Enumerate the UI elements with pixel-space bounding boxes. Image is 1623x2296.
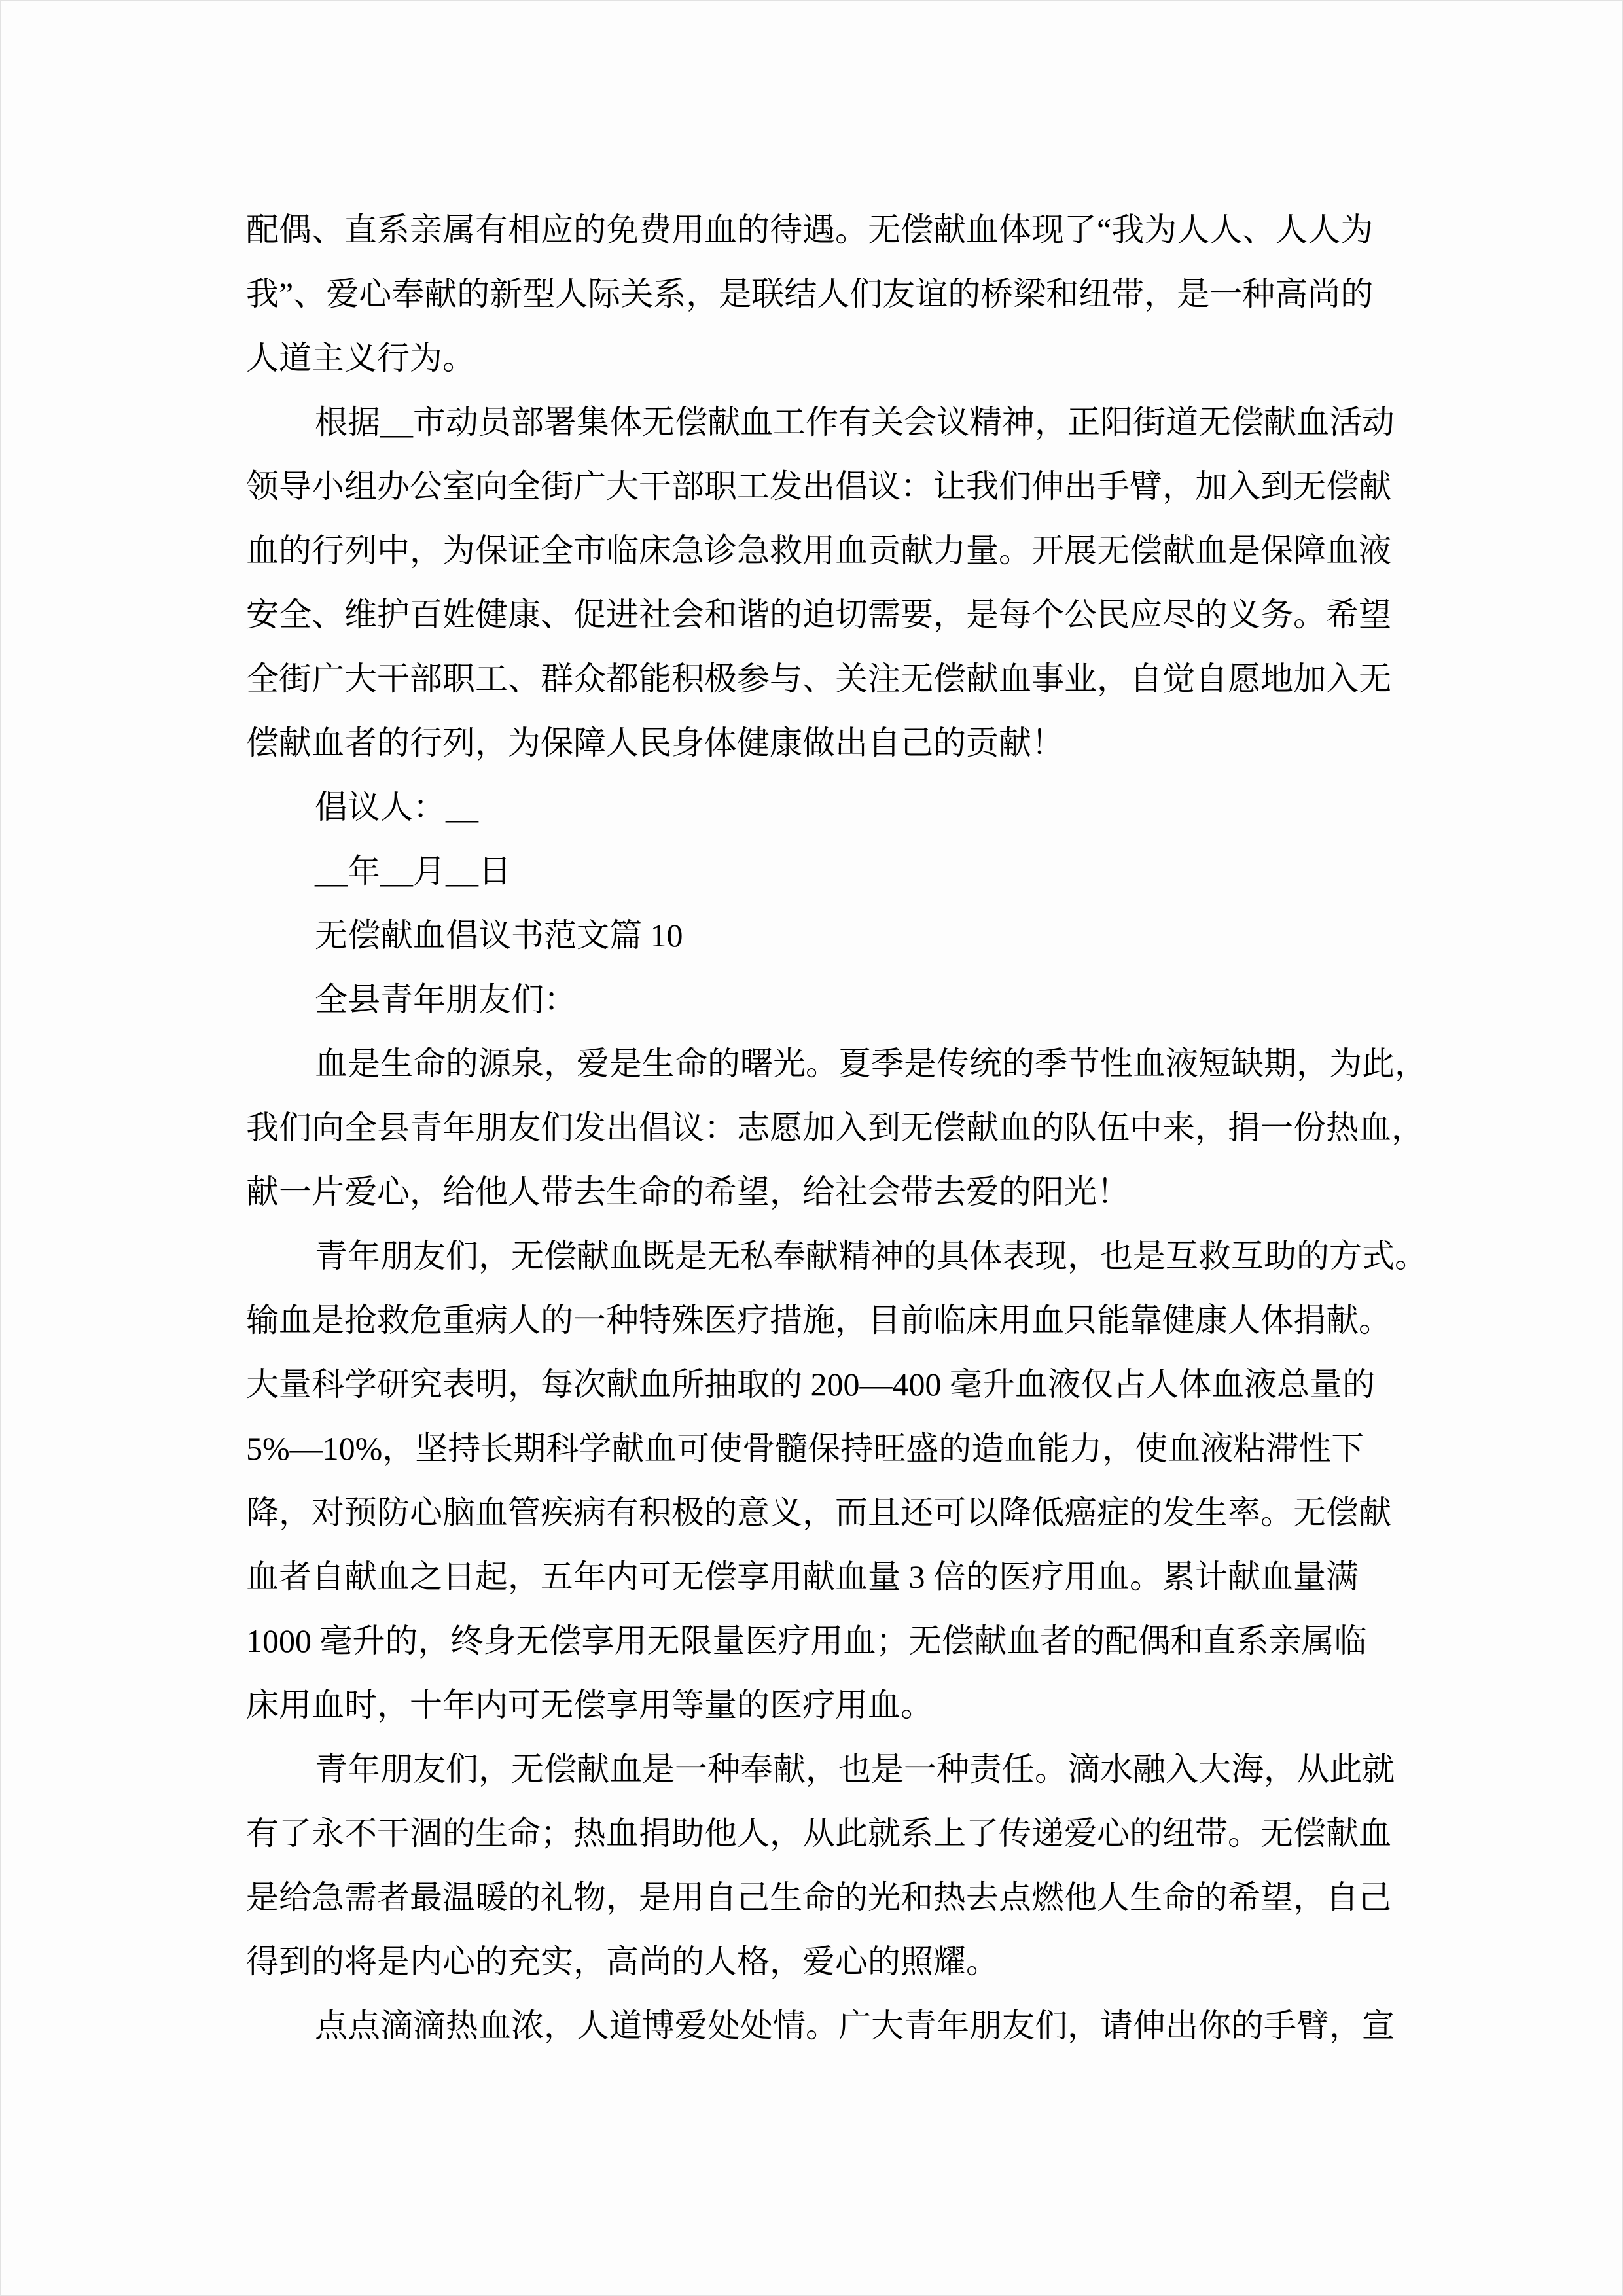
text-line: 配偶、直系亲属有相应的免费用血的待遇。无偿献血体现了“我为人人、人人为 xyxy=(246,198,1431,262)
text-line: 血是生命的源泉，爱是生命的曙光。夏季是传统的季节性血液短缺期，为此， xyxy=(246,1031,1431,1096)
text-line: 青年朋友们，无偿献血是一种奉献，也是一种责任。滴水融入大海，从此就 xyxy=(246,1737,1431,1801)
text-line: 得到的将是内心的充实，高尚的人格，爱心的照耀。 xyxy=(246,1929,1431,1994)
text-line: 根据__市动员部署集体无偿献血工作有关会议精神，正阳街道无偿献血活动 xyxy=(246,390,1431,454)
text-line: 献一片爱心，给他人带去生命的希望，给社会带去爱的阳光！ xyxy=(246,1160,1431,1224)
text-line: 是给急需者最温暖的礼物，是用自己生命的光和热去点燃他人生命的希望，自己 xyxy=(246,1865,1431,1929)
text-line: 人道主义行为。 xyxy=(246,326,1431,390)
text-line: 领导小组办公室向全街广大干部职工发出倡议：让我们伸出手臂，加入到无偿献 xyxy=(246,454,1431,518)
text-line: 输血是抢救危重病人的一种特殊医疗措施，目前临床用血只能靠健康人体捐献。 xyxy=(246,1288,1431,1352)
text-line: 偿献血者的行列，为保障人民身体健康做出自己的贡献！ xyxy=(246,711,1431,775)
document-page: { "page": { "background_color": "#fdfdfd… xyxy=(0,0,1623,2296)
text-line: 我们向全县青年朋友们发出倡议：志愿加入到无偿献血的队伍中来，捐一份热血， xyxy=(246,1096,1431,1160)
document-body: 配偶、直系亲属有相应的免费用血的待遇。无偿献血体现了“我为人人、人人为我”、爱心… xyxy=(246,198,1431,2058)
text-line: 倡议人：__ xyxy=(246,775,1431,839)
text-line: 全街广大干部职工、群众都能积极参与、关注无偿献血事业，自觉自愿地加入无 xyxy=(246,647,1431,711)
text-line: 血者自献血之日起，五年内可无偿享用献血量 3 倍的医疗用血。累计献血量满 xyxy=(246,1545,1431,1609)
text-line: 安全、维护百姓健康、促进社会和谐的迫切需要，是每个公民应尽的义务。希望 xyxy=(246,583,1431,647)
text-line: 无偿献血倡议书范文篇 10 xyxy=(246,903,1431,967)
text-line: 点点滴滴热血浓，人道博爱处处情。广大青年朋友们，请伸出你的手臂，宣 xyxy=(246,1994,1431,2058)
text-line: __年__月__日 xyxy=(246,839,1431,903)
text-line: 青年朋友们，无偿献血既是无私奉献精神的具体表现，也是互救互助的方式。 xyxy=(246,1224,1431,1288)
text-line: 有了永不干涸的生命；热血捐助他人，从此就系上了传递爱心的纽带。无偿献血 xyxy=(246,1801,1431,1865)
text-line: 血的行列中，为保证全市临床急诊急救用血贡献力量。开展无偿献血是保障血液 xyxy=(246,518,1431,583)
text-line: 我”、爱心奉献的新型人际关系，是联结人们友谊的桥梁和纽带，是一种高尚的 xyxy=(246,262,1431,326)
text-line: 大量科学研究表明，每次献血所抽取的 200—400 毫升血液仅占人体血液总量的 xyxy=(246,1352,1431,1416)
text-line: 1000 毫升的，终身无偿享用无限量医疗用血；无偿献血者的配偶和直系亲属临 xyxy=(246,1609,1431,1673)
text-line: 全县青年朋友们： xyxy=(246,967,1431,1031)
text-line: 5%—10%，坚持长期科学献血可使骨髓保持旺盛的造血能力，使血液粘滞性下 xyxy=(246,1416,1431,1480)
text-line: 床用血时，十年内可无偿享用等量的医疗用血。 xyxy=(246,1673,1431,1737)
text-line: 降，对预防心脑血管疾病有积极的意义，而且还可以降低癌症的发生率。无偿献 xyxy=(246,1480,1431,1545)
